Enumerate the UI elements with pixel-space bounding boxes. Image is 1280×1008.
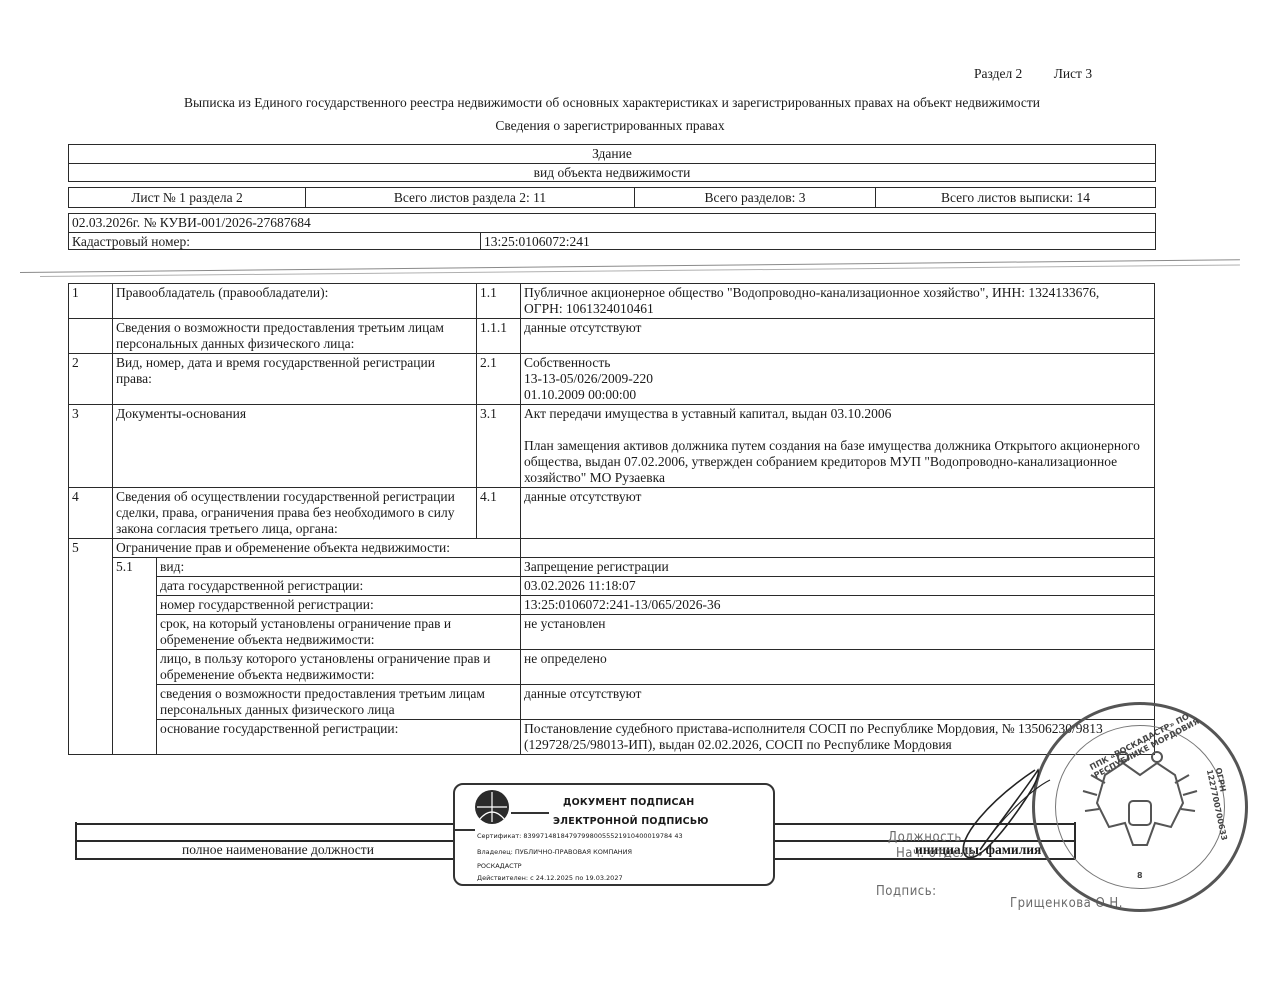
cadastral-number: 13:25:0106072:241 (481, 233, 590, 250)
right-type: Собственность (524, 355, 1151, 371)
encumbrance-label: номер государственной регистрации: (157, 596, 521, 615)
sheets-info-row: Лист № 1 раздела 2 Всего листов раздела … (68, 187, 1156, 208)
encumbrance-row: основание государственной регистрации: П… (69, 720, 1155, 755)
encumbrance-row: дата государственной регистрации: 03.02.… (69, 577, 1155, 596)
row-subnumber: 4.1 (477, 488, 521, 539)
seal-number: 8 (1137, 871, 1143, 880)
row-subnumber: 3.1 (477, 405, 521, 488)
row-subnumber: 1.1.1 (477, 319, 521, 354)
signature-line (75, 822, 77, 859)
encumbrance-value: не установлен (521, 615, 1155, 650)
rosreestr-logo-icon (475, 790, 509, 824)
table-row: Сведения о возможности предоставления тр… (69, 319, 1155, 354)
electronic-signature-box: ДОКУМЕНТ ПОДПИСАН ЭЛЕКТРОННОЙ ПОДПИСЬЮ С… (453, 783, 775, 886)
rights-table: 1 Правообладатель (правообладатели): 1.1… (68, 283, 1155, 755)
sheet-number: Лист 3 (1054, 66, 1092, 81)
row-number (69, 319, 113, 354)
row-value: данные отсутствуют (521, 319, 1155, 354)
encumbrance-label: вид: (157, 558, 521, 577)
row-label: Документы-основания (113, 405, 477, 488)
table-row: 3 Документы-основания 3.1 Акт передачи и… (69, 405, 1155, 488)
row-number: 1 (69, 284, 113, 319)
encumbrance-row: срок, на который установлены ограничение… (69, 615, 1155, 650)
encumbrance-label: лицо, в пользу которого установлены огра… (157, 650, 521, 685)
encumbrance-label: срок, на который установлены ограничение… (157, 615, 521, 650)
row-label: Сведения о возможности предоставления тр… (113, 319, 477, 354)
request-box: 02.03.2026г. № КУВИ-001/2026-27687684 Ка… (68, 213, 1156, 250)
registration-date: 01.10.2009 00:00:00 (524, 387, 1151, 403)
total-sections: Всего разделов: 3 (635, 188, 876, 207)
esig-owner: Владелец: ПУБЛИЧНО-ПРАВОВАЯ КОМПАНИЯ (477, 848, 632, 856)
row-number: 5 (69, 539, 113, 755)
encumbrance-row: номер государственной регистрации: 13:25… (69, 596, 1155, 615)
stamp-signature-label: Подпись: (876, 884, 937, 899)
total-sheets-section: Всего листов раздела 2: 11 (306, 188, 635, 207)
encumbrance-label: дата государственной регистрации: (157, 577, 521, 596)
encumbrance-row: 5.1 вид: Запрещение регистрации (69, 558, 1155, 577)
table-row: 1 Правообладатель (правообладатели): 1.1… (69, 284, 1155, 319)
row-subnumber: 1.1 (477, 284, 521, 319)
total-sheets-extract: Всего листов выписки: 14 (876, 188, 1155, 207)
basis-document: Акт передачи имущества в уставный капита… (524, 406, 1151, 422)
encumbrance-value: не определено (521, 650, 1155, 685)
row-number: 3 (69, 405, 113, 488)
row-value: данные отсутствуют (521, 488, 1155, 539)
sheet-of-section: Лист № 1 раздела 2 (69, 188, 306, 207)
encumbrance-value: Запрещение регистрации (521, 558, 1155, 577)
row-value: Акт передачи имущества в уставный капита… (521, 405, 1155, 488)
object-type-caption: вид объекта недвижимости (69, 164, 1155, 182)
rightholder-name: Публичное акционерное общество "Водопров… (524, 285, 1151, 301)
row-label: Вид, номер, дата и время государственной… (113, 354, 477, 405)
request-date-number: 02.03.2026г. № КУВИ-001/2026-27687684 (69, 214, 1155, 233)
row-label: Ограничение прав и обременение объекта н… (113, 539, 521, 558)
encumbrance-value: 13:25:0106072:241-13/065/2026-36 (521, 596, 1155, 615)
row-label: Сведения об осуществлении государственно… (113, 488, 477, 539)
row-value: Собственность 13-13-05/026/2009-220 01.1… (521, 354, 1155, 405)
row-label: Правообладатель (правообладатели): (113, 284, 477, 319)
object-type-box: Здание вид объекта недвижимости (68, 144, 1156, 182)
registration-number: 13-13-05/026/2009-220 (524, 371, 1151, 387)
row-subnumber: 5.1 (113, 558, 157, 755)
section-number: Раздел 2 (974, 66, 1022, 81)
page-indicator: Раздел 2 Лист 3 (974, 66, 1092, 82)
object-type-value: Здание (69, 145, 1155, 164)
esig-certificate: Сертификат: 8399714818479799800555219104… (477, 832, 683, 840)
row-value: Публичное акционерное общество "Водопров… (521, 284, 1155, 319)
esig-valid: Действителен: с 24.12.2025 по 19.03.2027 (477, 874, 623, 882)
row-value (521, 539, 1155, 558)
row-number: 4 (69, 488, 113, 539)
row-number: 2 (69, 354, 113, 405)
document-subtitle: Сведения о зарегистрированных правах (0, 118, 1220, 134)
encumbrance-row: лицо, в пользу которого установлены огра… (69, 650, 1155, 685)
encumbrance-row: сведения о возможности предоставления тр… (69, 685, 1155, 720)
position-caption: полное наименование должности (182, 842, 374, 858)
signature-line (75, 823, 455, 825)
basis-document: План замещения активов должника путем со… (524, 438, 1151, 486)
rightholder-ogrn: ОГРН: 1061324010461 (524, 301, 1151, 317)
row-subnumber: 2.1 (477, 354, 521, 405)
encumbrance-label: сведения о возможности предоставления тр… (157, 685, 521, 720)
table-row: 5 Ограничение прав и обременение объекта… (69, 539, 1155, 558)
signature-line (75, 858, 455, 860)
encumbrance-label: основание государственной регистрации: (157, 720, 521, 755)
esig-owner-2: РОСКАДАСТР (477, 862, 522, 870)
esig-title-2: ЭЛЕКТРОННОЙ ПОДПИСЬЮ (553, 816, 709, 827)
table-row: 2 Вид, номер, дата и время государственн… (69, 354, 1155, 405)
table-row: 4 Сведения об осуществлении государствен… (69, 488, 1155, 539)
cadastral-label: Кадастровый номер: (69, 233, 481, 250)
document-title: Выписка из Единого государственного реес… (0, 95, 1224, 111)
handwritten-signature-icon (930, 760, 1080, 870)
encumbrance-value: 03.02.2026 11:18:07 (521, 577, 1155, 596)
esig-title-1: ДОКУМЕНТ ПОДПИСАН (563, 797, 694, 808)
